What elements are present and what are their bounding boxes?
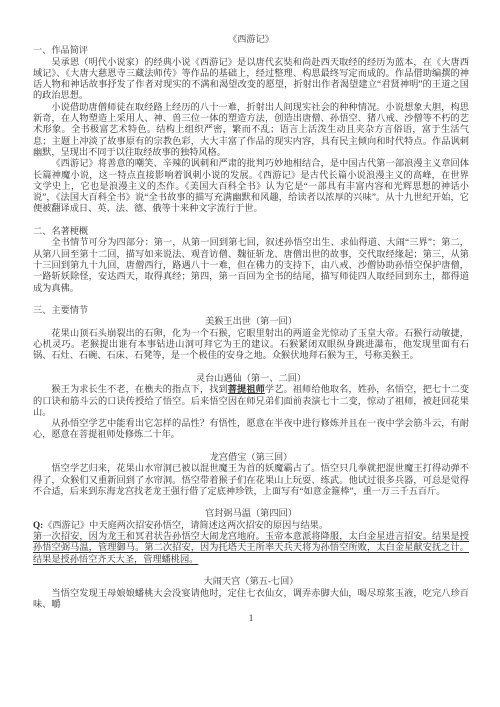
document-page: 《西游记》 一、作品简评 吴承恩（明代小说家）的经典小说《西游记》是以唐代玄奘和…: [0, 0, 500, 707]
section-heading-review: 一、作品简评: [33, 45, 469, 56]
intro-pre-text: 猴王为求长生不老，在樵夫的指点下，找到: [51, 384, 227, 394]
episode-title-monkey-king-birth: 美猴王出世（第一回）: [33, 316, 469, 327]
episode-paragraph-wukong-character: 从孙悟空学艺中能看出它怎样的品性？有悟性，愿意在半夜中进行修炼并且在一夜中学会筋…: [33, 418, 469, 441]
episode-title-meeting-immortal: 灵台山遇仙（第一、二回）: [33, 373, 469, 384]
episode-paragraph-monkey-king-birth: 花果山顶石头崩裂出的石卵，化为一个石猴，它眼里射出的两道金光惊动了玉皇大帝。石猴…: [33, 328, 469, 362]
page-number: 1: [33, 613, 469, 624]
episode-title-havoc-in-heaven: 大闹天宫（第五-七回）: [33, 576, 469, 587]
answer-text: 第一次招安，因为龙王和冥君状告孙悟空大闹龙宫地府。玉帝本意派将降服，太白金星进言…: [33, 531, 469, 565]
document-title: 《西游记》: [33, 34, 469, 45]
question-line: Q:《西游记》中天庭两次招安孙悟空，请简述这两次招安的原因与结果。: [33, 520, 469, 531]
episode-title-dragon-palace: 龙宫借宝（第三回）: [33, 452, 469, 463]
highlighted-term-puti-zushi: 菩提祖师: [228, 384, 265, 394]
synopsis-paragraph: 全书情节可分为四部分：第一，从第一回到第七回，叙述孙悟空出生、求仙得道、大闹“三…: [33, 237, 469, 293]
section-heading-plots: 三、主要情节: [33, 305, 469, 316]
episode-paragraph-havoc-in-heaven: 当悟空发现王母娘娘蟠桃大会没宴请他时，定住七衣仙女，调弄赤脚大仙，喝尽琼浆玉液，…: [33, 588, 469, 611]
question-text: 《西游记》中天庭两次招安孙悟空，请简述这两次招安的原因与结果。: [43, 520, 328, 530]
review-paragraph-1: 吴承恩（明代小说家）的经典小说《西游记》是以唐代玄奘和尚赴西天取经的经历为蓝本，…: [33, 57, 469, 102]
episode-paragraph-dragon-palace: 悟空学艺归来，花果山水帘洞已被以混世魔王为首的妖魔霸占了。悟空只几拳就把混世魔王…: [33, 463, 469, 497]
question-prefix: Q:: [33, 520, 43, 530]
episode-paragraph-meeting-immortal: 猴王为求长生不老，在樵夫的指点下，找到菩提祖师学艺。祖师给他取名，姓孙，名悟空，…: [33, 384, 469, 418]
episode-title-bimawen: 官封弼马温（第四回）: [33, 508, 469, 519]
review-paragraph-3: 《西游记》将善意的嘲笑、辛辣的讽刺和严肃的批判巧妙地相结合，是中国古代第一部浪漫…: [33, 158, 469, 214]
review-paragraph-2: 小说借助唐僧师徒在取经路上经历的八十一难，折射出人间现实社会的种种情况。小说想象…: [33, 102, 469, 158]
section-heading-synopsis: 二、名著梗概: [33, 226, 469, 237]
